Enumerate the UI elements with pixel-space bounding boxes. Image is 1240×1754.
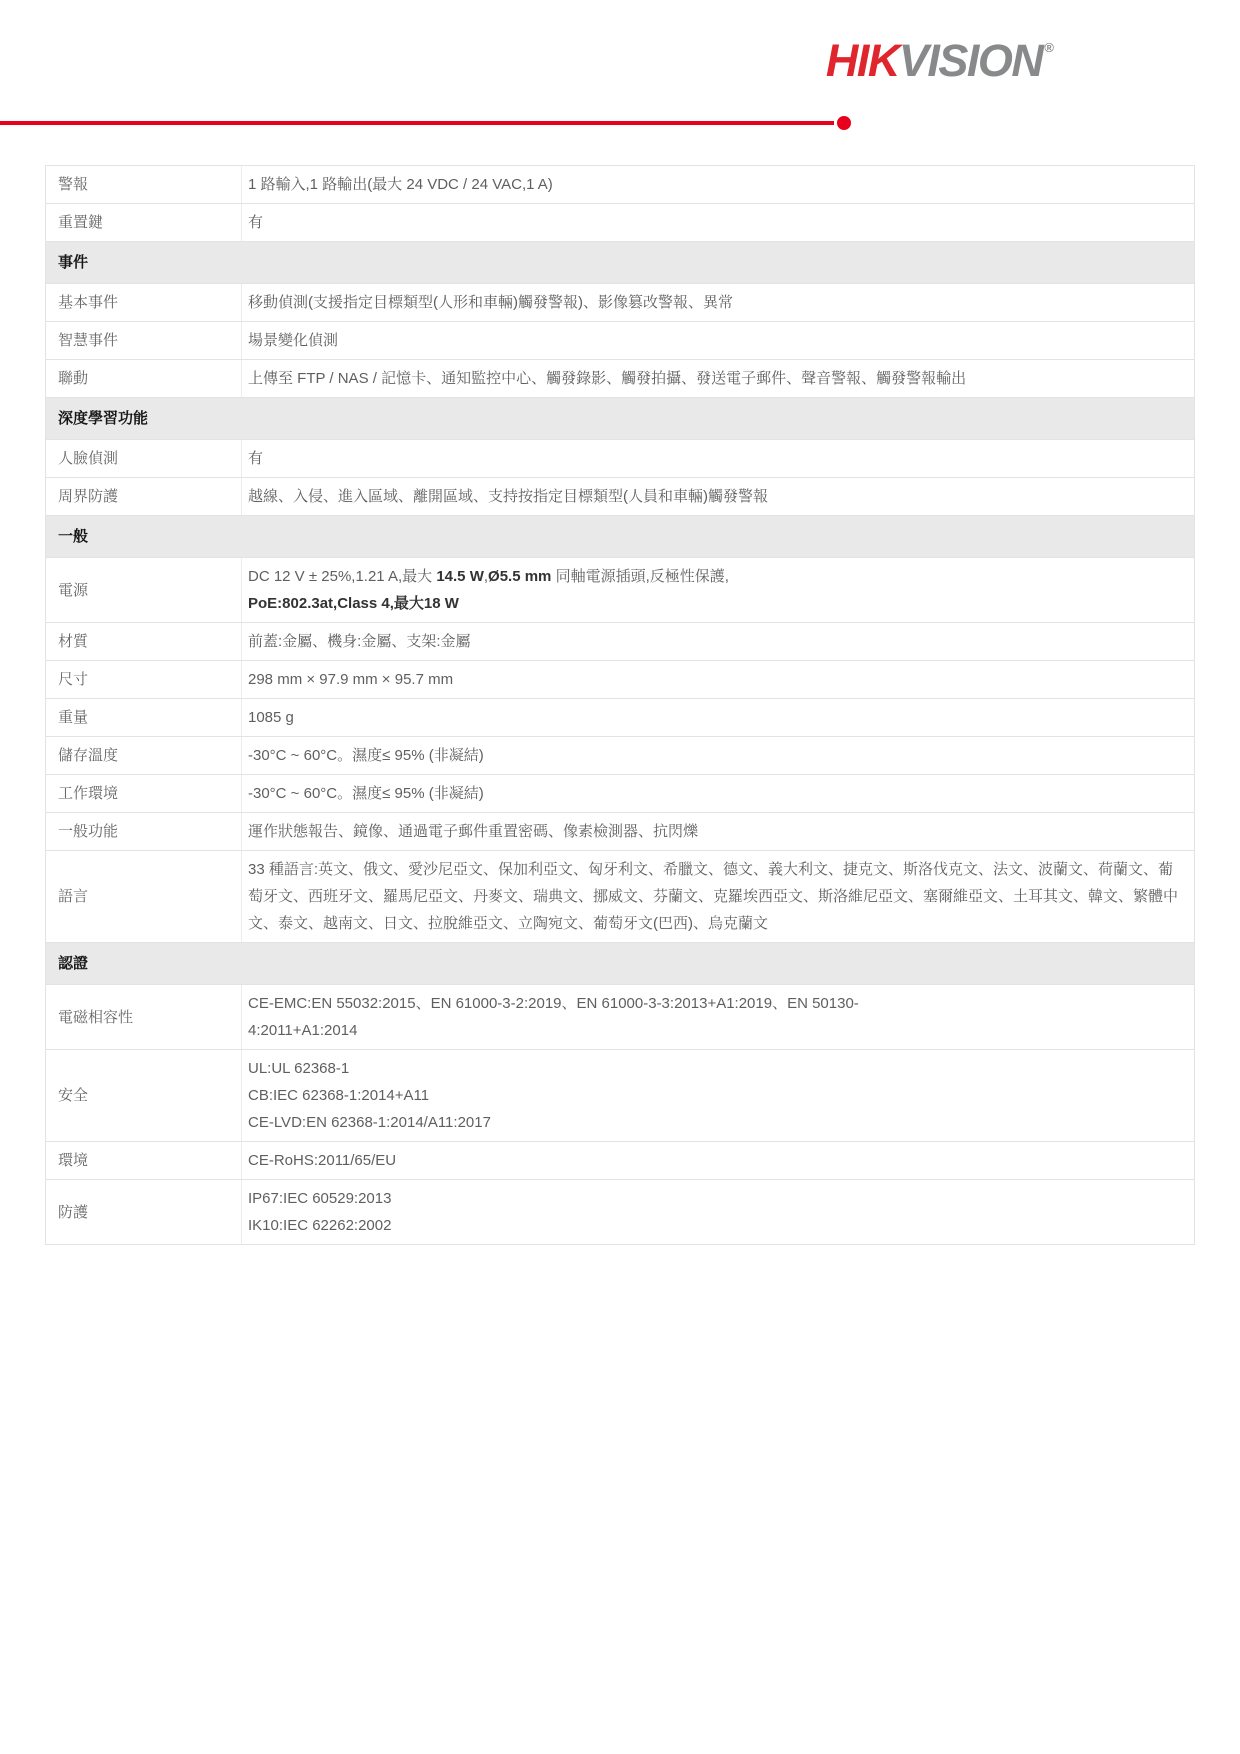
logo-hik-text: HIK: [826, 35, 899, 86]
spec-label: 工作環境: [46, 775, 242, 812]
spec-value-text: PoE:802.3at,Class 4,最大18 W: [248, 595, 459, 612]
spec-label: 電源: [46, 558, 242, 622]
spec-value-line: IK10:IEC 62262:2002: [248, 1212, 1182, 1239]
spec-value: 上傳至 FTP / NAS / 記憶卡、通知監控中心、觸發錄影、觸發拍攝、發送電…: [242, 360, 1194, 397]
spec-row: 聯動上傳至 FTP / NAS / 記憶卡、通知監控中心、觸發錄影、觸發拍攝、發…: [46, 360, 1194, 398]
section-header-row: 深度學習功能: [46, 398, 1194, 440]
spec-value: -30°C ~ 60°C。濕度≤ 95% (非凝結): [242, 737, 1194, 774]
spec-value-text: 運作狀態報告、鏡像、通過電子郵件重置密碼、像素檢測器、抗閃爍: [248, 823, 698, 840]
spec-value-text: 移動偵測(支援指定目標類型(人形和車輛)觸發警報)、影像篡改警報、異常: [248, 294, 733, 311]
spec-value-text: 上傳至 FTP / NAS / 記憶卡、通知監控中心、觸發錄影、觸發拍攝、發送電…: [248, 370, 966, 387]
spec-value-text: DC 12 V ± 25%,1.21 A,最大: [248, 568, 436, 585]
spec-value-text: CE-EMC:EN 55032:2015、EN 61000-3-2:2019、E…: [248, 995, 859, 1012]
spec-value-text: IK10:IEC 62262:2002: [248, 1217, 391, 1234]
spec-value: 移動偵測(支援指定目標類型(人形和車輛)觸發警報)、影像篡改警報、異常: [242, 284, 1194, 321]
spec-value: CE-EMC:EN 55032:2015、EN 61000-3-2:2019、E…: [242, 985, 1194, 1049]
spec-row: 防護IP67:IEC 60529:2013IK10:IEC 62262:2002: [46, 1180, 1194, 1245]
section-header-row: 認證: [46, 943, 1194, 985]
spec-value: 1085 g: [242, 699, 1194, 736]
section-title: 事件: [46, 242, 1194, 283]
spec-value-line: 1085 g: [248, 704, 1182, 731]
spec-value-line: 4:2011+A1:2014: [248, 1017, 1182, 1044]
spec-row: 人臉偵測有: [46, 440, 1194, 478]
spec-value: DC 12 V ± 25%,1.21 A,最大 14.5 W,Ø5.5 mm 同…: [242, 558, 1194, 622]
spec-label: 聯動: [46, 360, 242, 397]
section-title: 深度學習功能: [46, 398, 1194, 439]
spec-label: 智慧事件: [46, 322, 242, 359]
spec-row: 環境CE-RoHS:2011/65/EU: [46, 1142, 1194, 1180]
spec-value-text: -30°C ~ 60°C。濕度≤ 95% (非凝結): [248, 785, 484, 802]
spec-label: 材質: [46, 623, 242, 660]
spec-value: 場景變化偵測: [242, 322, 1194, 359]
spec-label: 安全: [46, 1050, 242, 1141]
spec-value-line: 上傳至 FTP / NAS / 記憶卡、通知監控中心、觸發錄影、觸發拍攝、發送電…: [248, 365, 1182, 392]
spec-value: 1 路輸入,1 路輸出(最大 24 VDC / 24 VAC,1 A): [242, 166, 1194, 203]
section-header-row: 事件: [46, 242, 1194, 284]
spec-value-text: CB:IEC 62368-1:2014+A11: [248, 1087, 429, 1104]
spec-value-text: 同軸電源插頭,反極性保護,: [551, 568, 729, 585]
spec-label: 一般功能: [46, 813, 242, 850]
spec-value: 運作狀態報告、鏡像、通過電子郵件重置密碼、像素檢測器、抗閃爍: [242, 813, 1194, 850]
spec-value-line: 前蓋:金屬、機身:金屬、支架:金屬: [248, 628, 1182, 655]
spec-row: 警報1 路輸入,1 路輸出(最大 24 VDC / 24 VAC,1 A): [46, 166, 1194, 204]
spec-value-line: 移動偵測(支援指定目標類型(人形和車輛)觸發警報)、影像篡改警報、異常: [248, 289, 1182, 316]
spec-label: 周界防護: [46, 478, 242, 515]
spec-value-text: 有: [248, 214, 263, 231]
section-header-row: 一般: [46, 516, 1194, 558]
spec-value: 298 mm × 97.9 mm × 95.7 mm: [242, 661, 1194, 698]
spec-row: 基本事件移動偵測(支援指定目標類型(人形和車輛)觸發警報)、影像篡改警報、異常: [46, 284, 1194, 322]
divider-dot-icon: [837, 116, 851, 130]
spec-label: 儲存溫度: [46, 737, 242, 774]
spec-row: 儲存溫度-30°C ~ 60°C。濕度≤ 95% (非凝結): [46, 737, 1194, 775]
spec-value-line: 場景變化偵測: [248, 327, 1182, 354]
spec-value-line: 298 mm × 97.9 mm × 95.7 mm: [248, 666, 1182, 693]
spec-value-text: 前蓋:金屬、機身:金屬、支架:金屬: [248, 633, 471, 650]
spec-value: 有: [242, 204, 1194, 241]
spec-label: 重量: [46, 699, 242, 736]
header-divider: [0, 115, 870, 130]
spec-value-line: -30°C ~ 60°C。濕度≤ 95% (非凝結): [248, 742, 1182, 769]
spec-value-text: 1085 g: [248, 709, 294, 726]
spec-value-text: 有: [248, 450, 263, 467]
spec-label: 警報: [46, 166, 242, 203]
spec-value-text: 越線、入侵、進入區域、離開區域、支持按指定目標類型(人員和車輛)觸發警報: [248, 488, 768, 505]
spec-value-text: -30°C ~ 60°C。濕度≤ 95% (非凝結): [248, 747, 484, 764]
spec-value-text: 場景變化偵測: [248, 332, 338, 349]
spec-value-line: 運作狀態報告、鏡像、通過電子郵件重置密碼、像素檢測器、抗閃爍: [248, 818, 1182, 845]
spec-value-line: DC 12 V ± 25%,1.21 A,最大 14.5 W,Ø5.5 mm 同…: [248, 563, 1182, 590]
spec-value-text: CE-RoHS:2011/65/EU: [248, 1152, 396, 1169]
spec-value-line: IP67:IEC 60529:2013: [248, 1185, 1182, 1212]
spec-value-text: 298 mm × 97.9 mm × 95.7 mm: [248, 671, 453, 688]
spec-value: IP67:IEC 60529:2013IK10:IEC 62262:2002: [242, 1180, 1194, 1244]
spec-value-text: CE-LVD:EN 62368-1:2014/A11:2017: [248, 1114, 491, 1131]
spec-value-line: 33 種語言:英文、俄文、愛沙尼亞文、保加利亞文、匈牙利文、希臘文、德文、義大利…: [248, 856, 1182, 937]
spec-value-text: IP67:IEC 60529:2013: [248, 1190, 391, 1207]
spec-row: 重量1085 g: [46, 699, 1194, 737]
spec-value-text: Ø5.5 mm: [488, 568, 551, 585]
section-title: 認證: [46, 943, 1194, 984]
spec-value-line: CB:IEC 62368-1:2014+A11: [248, 1082, 1182, 1109]
spec-value: 越線、入侵、進入區域、離開區域、支持按指定目標類型(人員和車輛)觸發警報: [242, 478, 1194, 515]
spec-value-line: 有: [248, 209, 1182, 236]
spec-row: 材質前蓋:金屬、機身:金屬、支架:金屬: [46, 623, 1194, 661]
spec-value: CE-RoHS:2011/65/EU: [242, 1142, 1194, 1179]
datasheet-page: HIKVISION® 警報1 路輸入,1 路輸出(最大 24 VDC / 24 …: [0, 0, 1240, 1754]
spec-value-line: CE-EMC:EN 55032:2015、EN 61000-3-2:2019、E…: [248, 990, 1182, 1017]
spec-label: 尺寸: [46, 661, 242, 698]
spec-row: 工作環境-30°C ~ 60°C。濕度≤ 95% (非凝結): [46, 775, 1194, 813]
spec-value-line: -30°C ~ 60°C。濕度≤ 95% (非凝結): [248, 780, 1182, 807]
spec-row: 尺寸298 mm × 97.9 mm × 95.7 mm: [46, 661, 1194, 699]
spec-value-text: UL:UL 62368-1: [248, 1060, 349, 1077]
spec-value-text: 14.5 W: [436, 568, 484, 585]
spec-value-line: PoE:802.3at,Class 4,最大18 W: [248, 590, 1182, 617]
spec-value: -30°C ~ 60°C。濕度≤ 95% (非凝結): [242, 775, 1194, 812]
spec-row: 電源DC 12 V ± 25%,1.21 A,最大 14.5 W,Ø5.5 mm…: [46, 558, 1194, 623]
section-title: 一般: [46, 516, 1194, 557]
spec-row: 一般功能運作狀態報告、鏡像、通過電子郵件重置密碼、像素檢測器、抗閃爍: [46, 813, 1194, 851]
spec-value: UL:UL 62368-1CB:IEC 62368-1:2014+A11CE-L…: [242, 1050, 1194, 1141]
spec-value-line: CE-LVD:EN 62368-1:2014/A11:2017: [248, 1109, 1182, 1136]
divider-line: [0, 121, 834, 125]
registered-trademark-icon: ®: [1044, 40, 1054, 55]
logo-vision-text: VISION: [899, 35, 1043, 86]
spec-value-line: 越線、入侵、進入區域、離開區域、支持按指定目標類型(人員和車輛)觸發警報: [248, 483, 1182, 510]
spec-label: 電磁相容性: [46, 985, 242, 1049]
spec-row: 智慧事件場景變化偵測: [46, 322, 1194, 360]
spec-row: 重置鍵有: [46, 204, 1194, 242]
spec-row: 安全UL:UL 62368-1CB:IEC 62368-1:2014+A11CE…: [46, 1050, 1194, 1142]
spec-label: 環境: [46, 1142, 242, 1179]
spec-label: 重置鍵: [46, 204, 242, 241]
spec-value: 33 種語言:英文、俄文、愛沙尼亞文、保加利亞文、匈牙利文、希臘文、德文、義大利…: [242, 851, 1194, 942]
spec-value-line: UL:UL 62368-1: [248, 1055, 1182, 1082]
spec-value: 前蓋:金屬、機身:金屬、支架:金屬: [242, 623, 1194, 660]
spec-label: 基本事件: [46, 284, 242, 321]
spec-label: 防護: [46, 1180, 242, 1244]
spec-value-text: 1 路輸入,1 路輸出(最大 24 VDC / 24 VAC,1 A): [248, 176, 553, 193]
spec-value-line: 1 路輸入,1 路輸出(最大 24 VDC / 24 VAC,1 A): [248, 171, 1182, 198]
spec-value-line: CE-RoHS:2011/65/EU: [248, 1147, 1182, 1174]
spec-value: 有: [242, 440, 1194, 477]
spec-table: 警報1 路輸入,1 路輸出(最大 24 VDC / 24 VAC,1 A)重置鍵…: [45, 165, 1195, 1245]
spec-value-line: 有: [248, 445, 1182, 472]
spec-label: 語言: [46, 851, 242, 942]
spec-value-text: 33 種語言:英文、俄文、愛沙尼亞文、保加利亞文、匈牙利文、希臘文、德文、義大利…: [248, 861, 1178, 932]
spec-row: 周界防護越線、入侵、進入區域、離開區域、支持按指定目標類型(人員和車輛)觸發警報: [46, 478, 1194, 516]
spec-value-text: 4:2011+A1:2014: [248, 1022, 357, 1039]
spec-row: 語言33 種語言:英文、俄文、愛沙尼亞文、保加利亞文、匈牙利文、希臘文、德文、義…: [46, 851, 1194, 943]
spec-label: 人臉偵測: [46, 440, 242, 477]
hikvision-logo: HIKVISION®: [826, 38, 1054, 83]
spec-row: 電磁相容性CE-EMC:EN 55032:2015、EN 61000-3-2:2…: [46, 985, 1194, 1050]
